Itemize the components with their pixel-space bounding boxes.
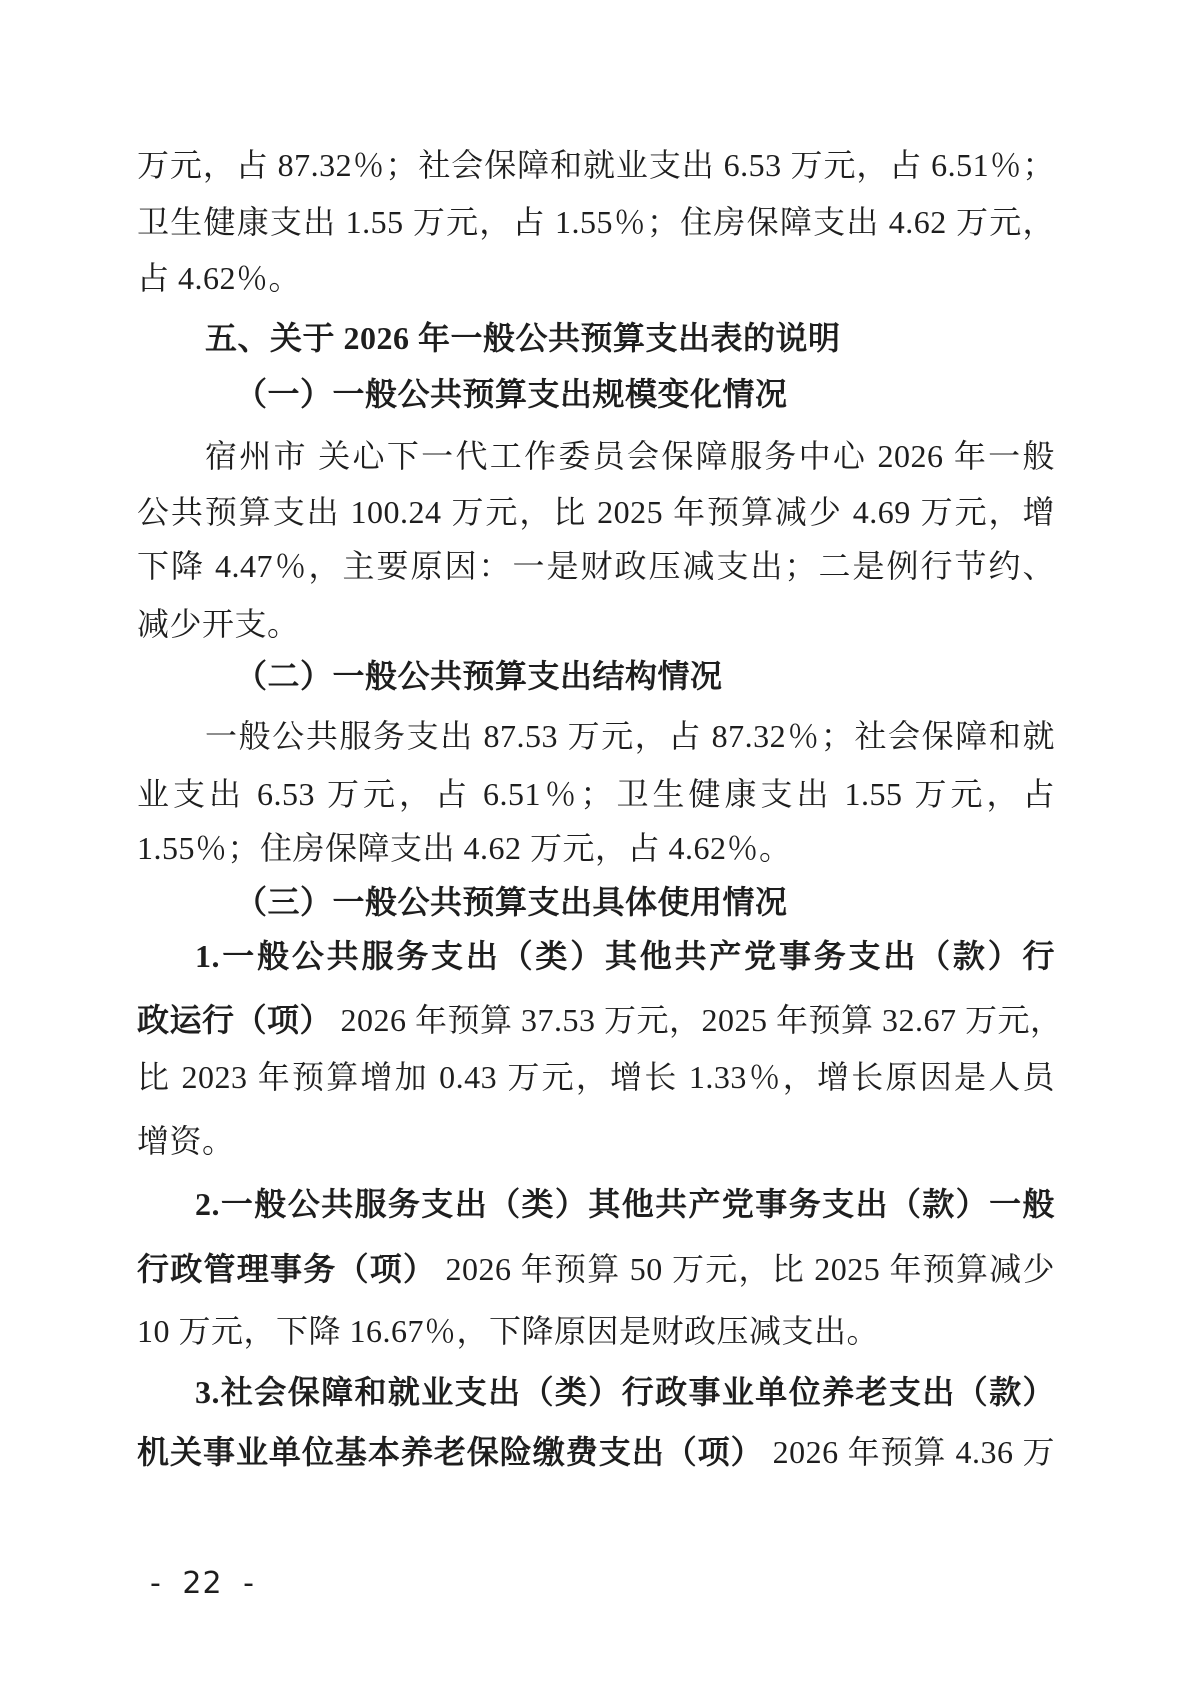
item-2-heading-line: 2.一般公共服务支出（类）其他共产党事务支出（款）一般 (137, 1184, 1055, 1224)
subsection-heading-2: （二）一般公共预算支出结构情况 (137, 656, 1055, 696)
item-1-regular-run: 2026 年预算 37.53 万元，2025 年预算 32.67 万元， (332, 1002, 1063, 1038)
item-1-growth-line: 比 2023 年预算增加 0.43 万元，增长 1.33％，增长原因是人员 (137, 1057, 1055, 1097)
page-number: - 22 - (150, 1566, 255, 1602)
item-1-detail-line: 政运行（项） 2026 年预算 37.53 万元，2025 年预算 32.67 … (137, 1000, 1055, 1040)
body-line-health-housing: 卫生健康支出 1.55 万元，占 1.55％；住房保障支出 4.62 万元， (137, 202, 1055, 242)
item-1-heading-line: 1.一般公共服务支出（类）其他共产党事务支出（款）行 (137, 936, 1055, 976)
subsection-heading-3: （三）一般公共预算支出具体使用情况 (137, 882, 1055, 922)
item-3-bold-run: 机关事业单位基本养老保险缴费支出（项） (137, 1434, 764, 1470)
body-line-structure-2: 业支出 6.53 万元，占 6.51％；卫生健康支出 1.55 万元，占 (137, 774, 1055, 814)
document-page: 万元，占 87.32％；社会保障和就业支出 6.53 万元，占 6.51％； 卫… (0, 0, 1190, 1683)
body-line-unit-intro: 宿州市 关心下一代工作委员会保障服务中心 2026 年一般 (137, 436, 1055, 476)
item-1-end-line: 增资。 (137, 1121, 1055, 1161)
body-line-paragraph-end: 减少开支。 (137, 604, 1055, 644)
item-2-regular-run: 2026 年预算 50 万元，比 2025 年预算减少 (436, 1251, 1055, 1287)
item-3-detail-line: 机关事业单位基本养老保险缴费支出（项） 2026 年预算 4.36 万 (137, 1432, 1055, 1472)
body-line-budget-total: 公共预算支出 100.24 万元，比 2025 年预算减少 4.69 万元，增 (137, 492, 1055, 532)
item-2-detail-line: 行政管理事务（项） 2026 年预算 50 万元，比 2025 年预算减少 (137, 1249, 1055, 1289)
item-1-bold-run: 政运行（项） (137, 1002, 332, 1038)
body-line-decrease-reason: 下降 4.47％，主要原因：一是财政压减支出；二是例行节约、 (137, 546, 1055, 586)
body-line-expense-share-continuation: 万元，占 87.32％；社会保障和就业支出 6.53 万元，占 6.51％； (137, 145, 1055, 185)
item-2-bold-run: 行政管理事务（项） (137, 1251, 436, 1287)
body-line-paragraph-end: 占 4.62％。 (137, 258, 1055, 298)
item-3-regular-run: 2026 年预算 4.36 万 (764, 1434, 1055, 1470)
body-line-structure-end: 1.55％；住房保障支出 4.62 万元，占 4.62％。 (137, 828, 1055, 868)
body-line-structure-1: 一般公共服务支出 87.53 万元，占 87.32％；社会保障和就 (137, 716, 1055, 756)
item-3-heading-line: 3.社会保障和就业支出（类）行政事业单位养老支出（款） (137, 1372, 1055, 1412)
section-heading-5: 五、关于 2026 年一般公共预算支出表的说明 (137, 318, 1055, 358)
subsection-heading-1: （一）一般公共预算支出规模变化情况 (137, 374, 1055, 414)
item-2-end-line: 10 万元，下降 16.67％，下降原因是财政压减支出。 (137, 1311, 1055, 1351)
